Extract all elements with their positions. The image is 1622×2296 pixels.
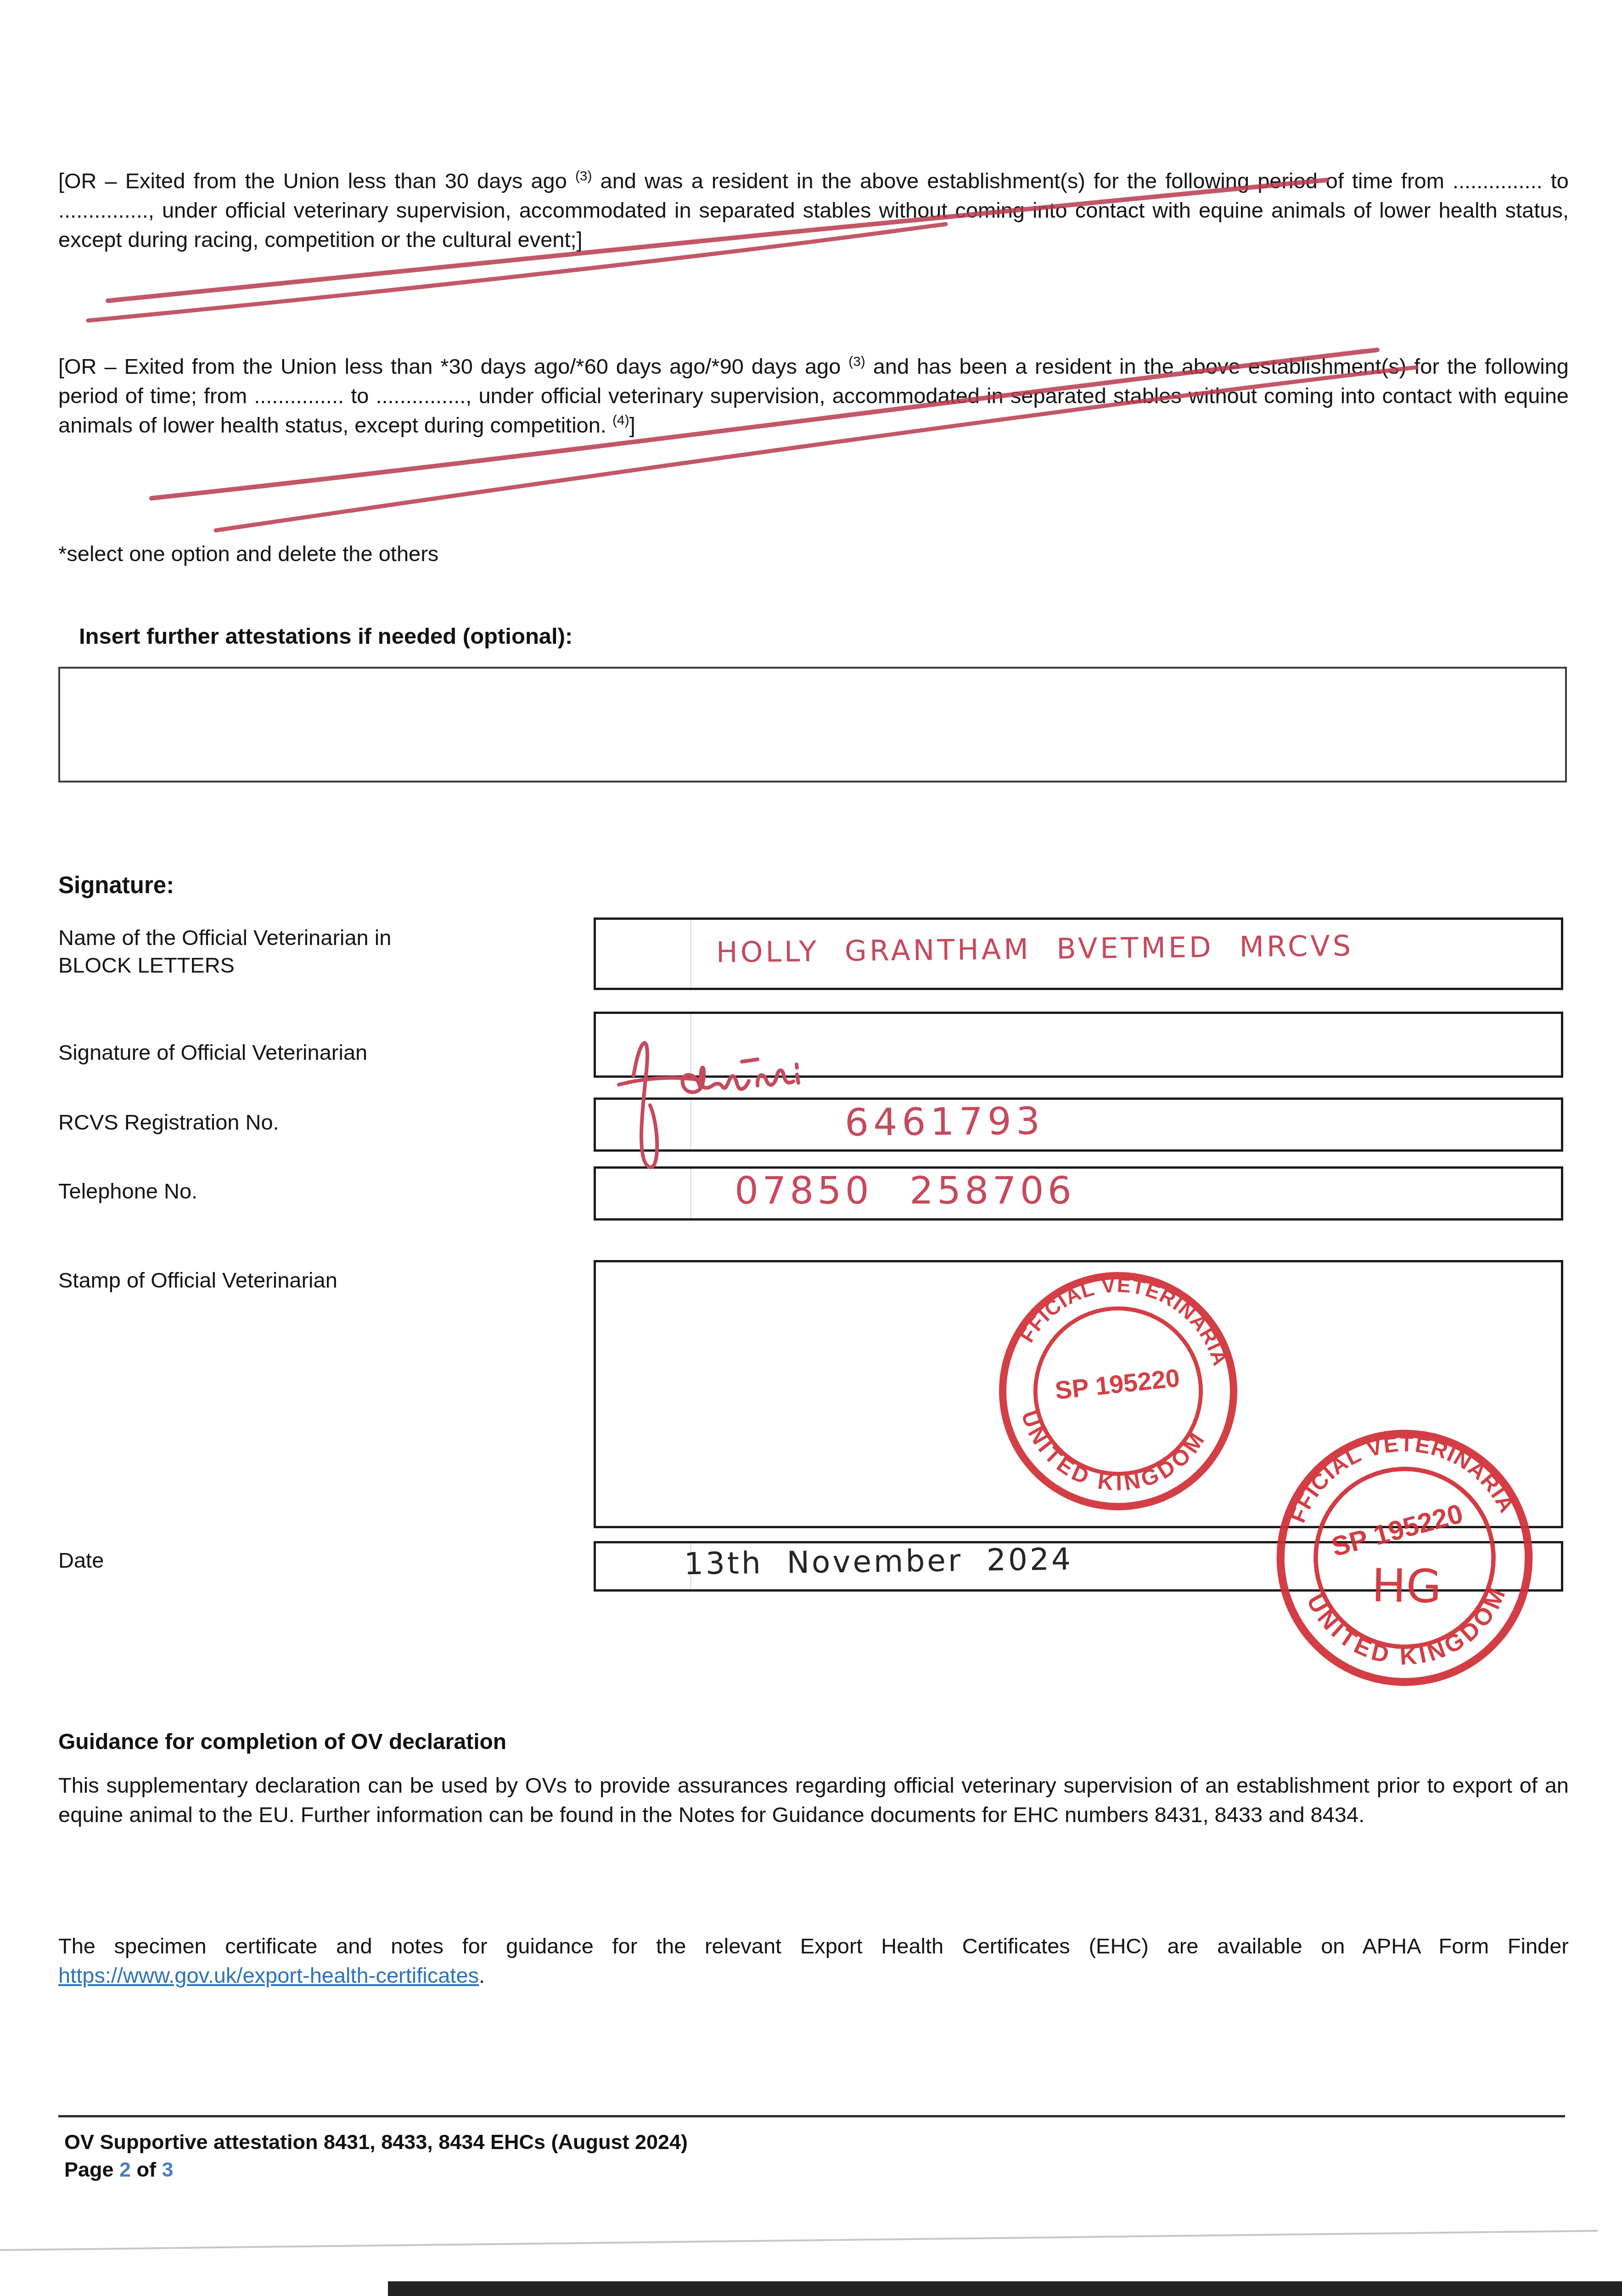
footer-divider [58, 2115, 1565, 2117]
guidance-paragraph-2-period: . [479, 1963, 485, 1987]
guidance-paragraph-2-text: The specimen certificate and notes for g… [58, 1934, 1569, 1958]
name-label: Name of the Official Veterinarian in BLO… [58, 924, 586, 979]
box-divider [690, 920, 691, 988]
paragraph-text: ] [629, 413, 635, 437]
signature-stroke [758, 1070, 793, 1086]
rcvs-handwritten-value: 6461793 [845, 1099, 1045, 1145]
signature-handwriting [606, 1016, 863, 1181]
footnote-ref-3: (3) [848, 354, 865, 369]
guidance-paragraph-1: This supplementary declaration can be us… [58, 1771, 1569, 1829]
official-veterinarian-stamp-2: OFFICIAL VETERINARIAN UNITED KINGDOM SP … [1266, 1419, 1543, 1696]
stamp-label: Stamp of Official Veterinarian [58, 1266, 586, 1294]
stamp-sp-number: SP 195220 [1328, 1498, 1466, 1563]
stamp-top-text: OFFICIAL VETERINARIAN [992, 1235, 1244, 1371]
footnote-ref-4: (4) [612, 413, 629, 428]
signature-stroke [797, 1064, 798, 1083]
scan-artifact-band [388, 2281, 1622, 2296]
date-label: Date [58, 1547, 586, 1574]
stamp-sp-number: SP 195220 [1054, 1363, 1181, 1405]
paragraph-text: [OR – Exited from the Union less than 30… [58, 169, 575, 193]
footer-page-indicator: Page 2 of 3 [64, 2156, 174, 2183]
guidance-heading: Guidance for completion of OV declaratio… [58, 1729, 506, 1755]
name-label-line2: BLOCK LETTERS [58, 953, 235, 977]
footer-of-text: of [131, 2158, 162, 2181]
signature-section-heading: Signature: [58, 872, 174, 899]
export-health-certificates-link[interactable]: https://www.gov.uk/export-health-certifi… [58, 1963, 479, 1987]
official-veterinarian-stamp: OFFICIAL VETERINARIAN UNITED KINGDOM SP … [981, 1254, 1255, 1528]
guidance-paragraph-2: The specimen certificate and notes for g… [58, 1931, 1569, 1990]
paragraph-exited-30-days: [OR – Exited from the Union less than 30… [58, 166, 1569, 254]
rcvs-label: RCVS Registration No. [58, 1109, 586, 1136]
footer-document-reference: OV Supportive attestation 8431, 8433, 84… [64, 2129, 688, 2155]
telephone-handwritten-value: 07850 258706 [735, 1169, 1075, 1213]
date-handwritten-value: 13th November 2024 [684, 1542, 1073, 1581]
further-attestations-heading: Insert further attestations if needed (o… [79, 624, 572, 649]
telephone-label: Telephone No. [58, 1177, 586, 1205]
scanned-document-page: [OR – Exited from the Union less than 30… [0, 0, 1622, 2296]
scan-line [0, 2231, 1598, 2250]
further-attestations-box [58, 667, 1567, 782]
svg-text:OFFICIAL VETERINARIAN: OFFICIAL VETERINARIAN [992, 1235, 1244, 1371]
select-option-note: *select one option and delete the others [58, 541, 438, 566]
paragraph-exited-30-60-90-days: [OR – Exited from the Union less than *3… [58, 352, 1569, 440]
signature-stroke [742, 1059, 758, 1062]
footnote-ref-3: (3) [575, 169, 592, 184]
signature-stroke [619, 1078, 700, 1085]
signature-stroke [634, 1043, 657, 1167]
signature-label: Signature of Official Veterinarian [58, 1039, 586, 1066]
name-handwritten-value: HOLLY GRANTHAM BVETMED MRCVS [716, 929, 1354, 969]
footer-page-prefix: Page [64, 2158, 119, 2181]
name-label-line1: Name of the Official Veterinarian in [58, 925, 391, 950]
footer-page-number: 2 [119, 2158, 131, 2181]
stamp-handwritten-initials: HG [1371, 1559, 1442, 1614]
footer-page-total: 3 [162, 2158, 174, 2181]
paragraph-text: [OR – Exited from the Union less than *3… [58, 354, 848, 378]
